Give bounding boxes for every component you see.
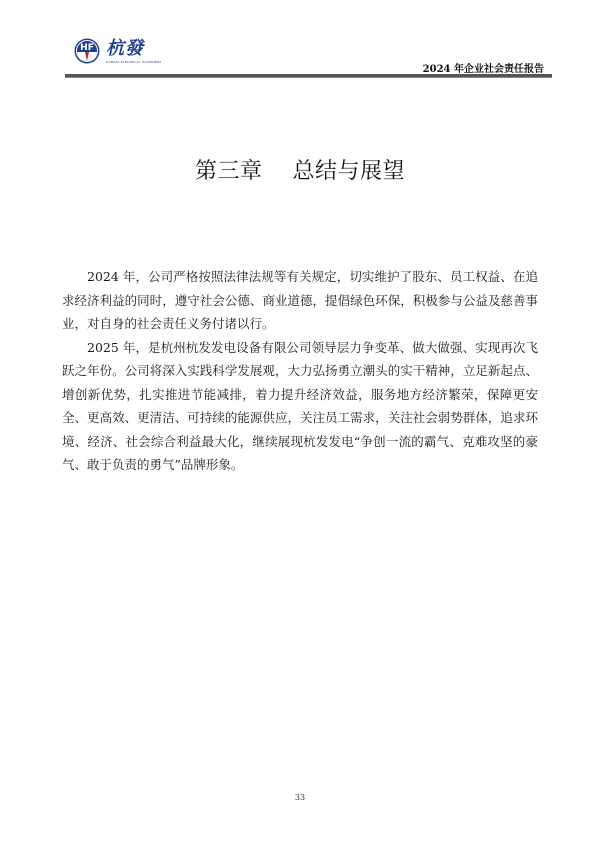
page-header: HF 杭發 HANGFA ELECTRICAL EQUIPMENT 2024 年…	[65, 38, 552, 78]
page-number: 33	[0, 793, 600, 802]
body-text: 2024 年，公司严格按照法律法规等有关规定，切实维护了股东、员工权益、在追求经…	[62, 265, 538, 477]
header-divider	[65, 74, 552, 78]
paragraph-2025-outlook: 2025 年，是杭州杭发发电设备有限公司领导层力争变革、做大做强、实现再次飞跃之…	[62, 336, 538, 477]
paragraph-2024-summary: 2024 年，公司严格按照法律法规等有关规定，切实维护了股东、员工权益、在追求经…	[62, 265, 538, 336]
chapter-title: 第三章 总结与展望	[0, 154, 600, 185]
logo-wordmark: 杭發	[106, 39, 144, 59]
report-title: 2024 年企业社会责任报告	[423, 60, 544, 75]
hf-logo-icon: HF	[74, 38, 100, 64]
company-logo: HF 杭發 HANGFA ELECTRICAL EQUIPMENT	[74, 38, 162, 64]
svg-text:HF: HF	[80, 43, 94, 53]
logo-subtext: HANGFA ELECTRICAL EQUIPMENT	[106, 60, 162, 64]
